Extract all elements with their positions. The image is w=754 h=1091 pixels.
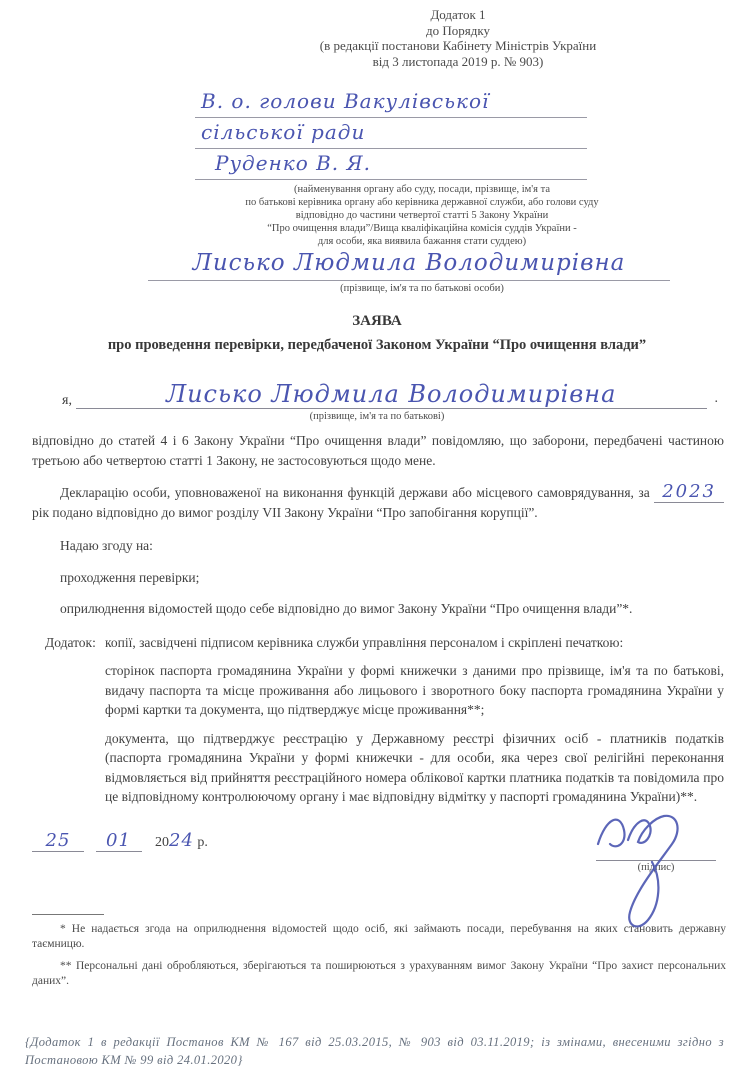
declarant-caption: (прізвище, ім'я та по батькові) (0, 410, 754, 423)
attachment-item-passport: сторінок паспорта громадянина України у … (105, 661, 724, 720)
date-year-printed: 20 (155, 835, 169, 850)
addressee-block: В. о. голови Вакулівської сільської ради… (195, 87, 587, 180)
date-year-handwritten: 24 (169, 830, 194, 851)
attachment-label: Додаток: (45, 633, 105, 816)
paragraph-declaration-before: Декларацію особи, уповноваженої на викон… (60, 485, 650, 500)
revision-note: {Додаток 1 в редакції Постанов КМ № 167 … (25, 1033, 724, 1069)
addressee-caption-line: по батькові керівника органу або керівни… (122, 196, 722, 209)
signature-ink (590, 804, 710, 934)
addressee-handwritten-line: В. о. голови Вакулівської (195, 87, 587, 118)
declarant-period: . (715, 391, 719, 409)
paragraph-prohibitions: відповідно до статей 4 і 6 Закону Україн… (32, 431, 724, 470)
addressee-handwritten-line: Руденко В. Я. (195, 149, 587, 180)
declarant-row: я, Лисько Людмила Володимирівна . (62, 381, 718, 409)
declarant-name-handwritten: Лисько Людмила Володимирівна (76, 381, 707, 409)
signature-block: (підпис) (596, 816, 716, 874)
appendix-header-line: до Порядку (238, 23, 678, 39)
document-subtitle: про проведення перевірки, передбаченої З… (30, 337, 724, 354)
applicant-name-caption: (прізвище, ім'я та по батькові особи) (122, 282, 722, 295)
applicant-name-handwritten: Лисько Людмила Володимирівна (148, 250, 670, 281)
addressee-handwritten-line: сільської ради (195, 118, 587, 149)
appendix-header-line: від 3 листопада 2019 р. № 903) (238, 54, 678, 70)
addressee-caption-line: відповідно до частини четвертої статті 5… (122, 209, 722, 222)
consent-item-publication: оприлюднення відомостей щодо себе відпов… (32, 599, 724, 619)
addressee-caption-line: (найменування органу або суду, посади, п… (122, 183, 722, 196)
addressee-caption-line: “Про очищення влади”/Вища кваліфікаційна… (122, 222, 722, 235)
date-year-suffix: р. (197, 835, 208, 850)
date-month-handwritten: 01 (96, 831, 142, 852)
paragraph-declaration-after: рік подано відповідно до вимог розділу V… (32, 505, 538, 520)
appendix-header-line: Додаток 1 (238, 7, 678, 23)
consent-intro: Надаю згоду на: (32, 536, 724, 556)
date-signature-row: 25 01 2024 р. (підпис) (32, 830, 722, 888)
paragraph-declaration: Декларацію особи, уповноваженої на викон… (32, 482, 724, 522)
attachment-item-registry: документа, що підтверджує реєстрацію у Д… (105, 729, 724, 807)
attachment-block: Додаток: копії, засвідчені підписом кері… (45, 633, 724, 816)
document-title: ЗАЯВА (0, 313, 754, 330)
appendix-header-line: (в редакції постанови Кабінету Міністрів… (238, 38, 678, 54)
declarant-label: я, (62, 393, 72, 409)
footnote-separator (32, 914, 104, 915)
addressee-caption: (найменування органу або суду, посади, п… (122, 183, 722, 248)
footnote-personal-data: ** Персональні дані обробляються, зберіг… (32, 959, 726, 989)
attachment-content: копії, засвідчені підписом керівника слу… (105, 633, 724, 816)
consent-item-check: проходження перевірки; (32, 568, 724, 588)
appendix-header: Додаток 1 до Порядку (в редакції постано… (238, 7, 678, 69)
document-page: Додаток 1 до Порядку (в редакції постано… (0, 0, 754, 1091)
date-day-handwritten: 25 (32, 831, 84, 852)
declaration-year-handwritten: 2023 (654, 481, 724, 503)
addressee-caption-line: для особи, яка виявила бажання стати суд… (122, 235, 722, 248)
attachment-intro: копії, засвідчені підписом керівника слу… (105, 633, 724, 653)
